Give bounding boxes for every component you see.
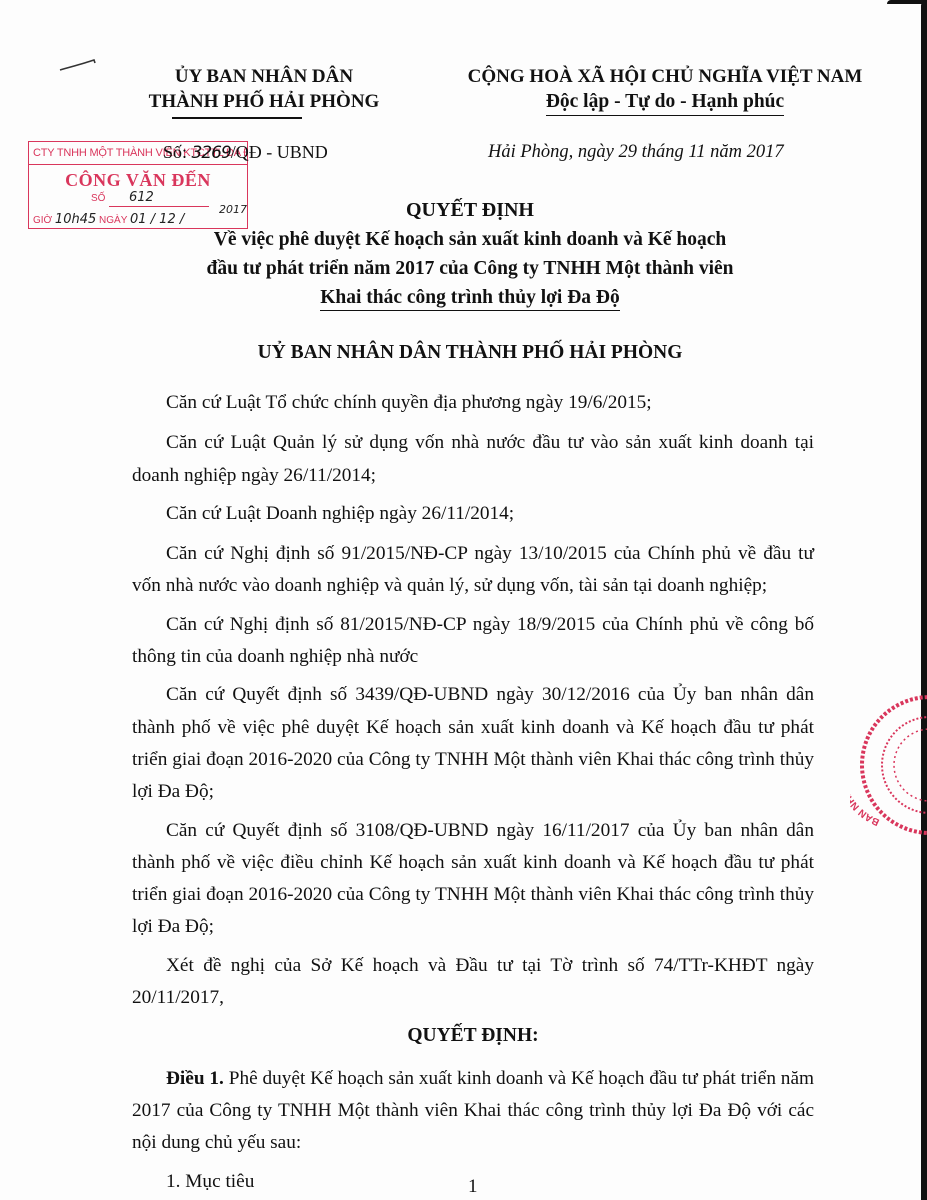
svg-text:BAN NHÂN DÂN TH: BAN NHÂN DÂN TH: [850, 740, 881, 828]
title-line1: Về việc phê duyệt Kế hoạch sản xuất kinh…: [160, 225, 780, 254]
authority-line2: THÀNH PHỐ HẢI PHÒNG: [118, 89, 410, 114]
decision-heading: QUYẾT ĐỊNH:: [132, 1020, 814, 1052]
decision-title: QUYẾT ĐỊNH Về việc phê duyệt Kế hoạch sả…: [160, 196, 780, 312]
stamp-title: CÔNG VĂN ĐẾN: [29, 170, 247, 191]
preamble-item: Căn cứ Nghị định số 91/2015/NĐ-CP ngày 1…: [132, 538, 814, 603]
preamble-item: Căn cứ Nghị định số 81/2015/NĐ-CP ngày 1…: [132, 609, 814, 674]
scan-edge: [921, 0, 927, 1200]
official-seal-icon: BAN NHÂN DÂN TH: [850, 690, 927, 840]
stamp-gio-value: 10h45: [55, 212, 96, 227]
scan-edge-corner: [887, 0, 927, 4]
preamble-item: Xét đề nghị của Sở Kế hoạch và Đầu tư tạ…: [132, 950, 814, 1015]
title-line2: đầu tư phát triển năm 2017 của Công ty T…: [160, 254, 780, 283]
preamble-item: Căn cứ Luật Quản lý sử dụng vốn nhà nước…: [132, 427, 814, 492]
article-1-label: Điều 1.: [166, 1068, 224, 1089]
national-motto: Độc lập - Tự do - Hạnh phúc: [546, 89, 784, 116]
title-line3: Khai thác công trình thủy lợi Đa Độ: [320, 286, 620, 311]
date-day: 29: [619, 142, 638, 162]
pen-mark-icon: [58, 58, 98, 72]
stamp-so-value: 612: [129, 190, 154, 205]
authority-heading: UỶ BAN NHÂN DÂN THÀNH PHỐ HẢI PHÒNG: [190, 342, 750, 364]
preamble-item: Căn cứ Quyết định số 3439/QĐ-UBND ngày 3…: [132, 679, 814, 808]
authority-line1: ỦY BAN NHÂN DÂN: [118, 64, 410, 89]
issue-date: Hải Phòng, ngày 29 tháng 11 năm 2017: [488, 142, 784, 163]
article-1-text: Phê duyệt Kế hoạch sản xuất kinh doanh v…: [132, 1068, 814, 1154]
doc-number-suffix: /QĐ - UBND: [231, 142, 328, 162]
stamp-ngay-label: NGÀY: [99, 215, 127, 226]
page-number: 1: [468, 1176, 478, 1198]
stamp-gio-label: GIỜ: [33, 215, 52, 226]
doc-number-handwritten: 3269: [192, 143, 231, 163]
stamp-so-label: SỐ: [91, 193, 105, 204]
national-title: CỘNG HOÀ XÃ HỘI CHỦ NGHĨA VIỆT NAM: [430, 64, 900, 89]
national-header: CỘNG HOÀ XÃ HỘI CHỦ NGHĨA VIỆT NAM Độc l…: [430, 64, 900, 116]
preamble-item: Căn cứ Luật Tổ chức chính quyền địa phươ…: [132, 387, 814, 419]
preamble-item: Căn cứ Quyết định số 3108/QĐ-UBND ngày 1…: [132, 815, 814, 944]
doc-number-prefix: Số:: [163, 142, 187, 162]
authority-underline: [172, 117, 302, 119]
date-prefix: Hải Phòng, ngày: [488, 142, 614, 162]
preamble-item: Căn cứ Luật Doanh nghiệp ngày 26/11/2014…: [132, 498, 814, 530]
document-body: Căn cứ Luật Tổ chức chính quyền địa phươ…: [132, 387, 814, 1200]
issuing-authority-header: ỦY BAN NHÂN DÂN THÀNH PHỐ HẢI PHÒNG: [118, 64, 410, 114]
seal-text: BAN NHÂN DÂN TH: [850, 740, 881, 828]
article-1: Điều 1. Phê duyệt Kế hoạch sản xuất kinh…: [132, 1063, 814, 1160]
document-page: ỦY BAN NHÂN DÂN THÀNH PHỐ HẢI PHÒNG CỘNG…: [0, 0, 927, 1200]
date-suffix: tháng 11 năm 2017: [642, 142, 784, 162]
document-number: Số: 3269/QĐ - UBND: [163, 142, 328, 163]
title-main: QUYẾT ĐỊNH: [160, 196, 780, 225]
